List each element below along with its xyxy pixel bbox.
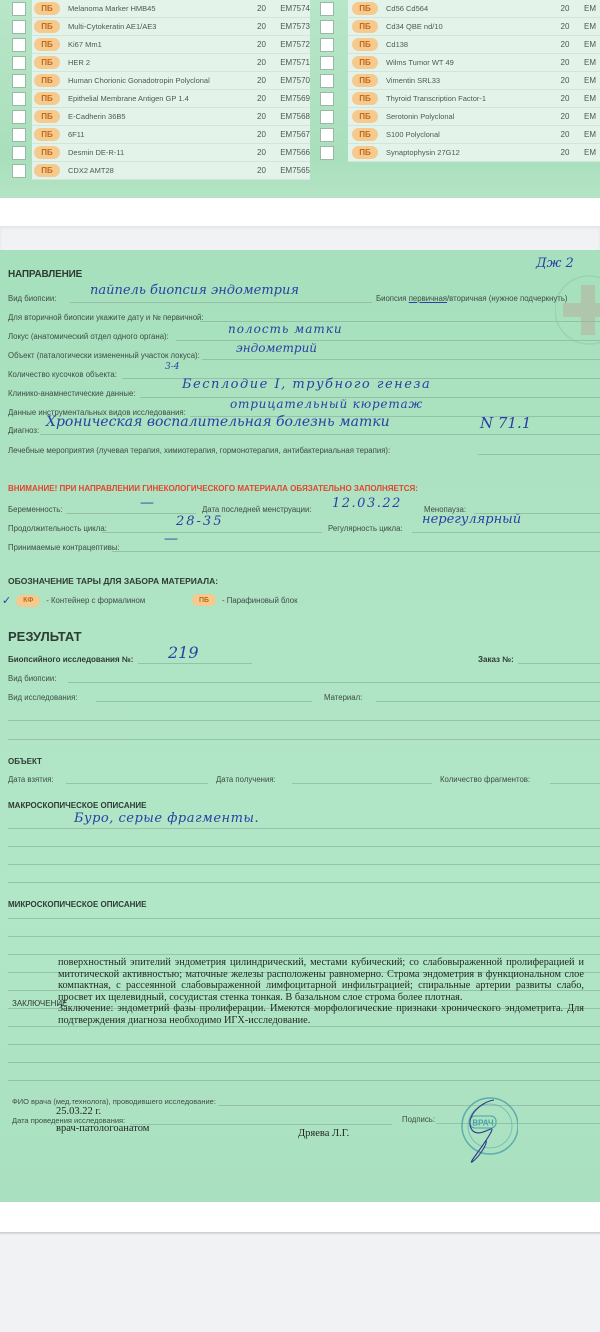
antibody-qty: 20 [550,112,580,121]
antibody-qty: 20 [550,40,580,49]
ihc-row-cells: ПБCDX2 AMT2820EM7565 [32,162,310,180]
container-paraffin: ПБ - Парафиновый блок [192,594,298,606]
cycle-regularity-value[interactable]: нерегулярный [422,512,521,527]
antibody-name: Serotonin Polyclonal [386,112,550,121]
pregnancy-value[interactable]: — [140,495,154,511]
pieces-value[interactable]: 3-4 [165,362,180,372]
paraffin-label: - Парафиновый блок [222,596,298,605]
ihc-checkbox[interactable] [320,92,334,106]
container-badge: ПБ [34,38,60,51]
signature-label: Подпись: [402,1115,435,1124]
ihc-checkbox[interactable] [12,128,26,142]
ihc-row-cells: ПБDesmin DE-R-1120EM7566 [32,144,310,162]
object-value[interactable]: эндометрий [236,341,317,355]
container-badge: ПБ [352,110,378,123]
antibody-code: EM7565 [280,166,310,175]
antibody-qty: 20 [247,130,276,139]
svg-text:ВРАЧ: ВРАЧ [472,1119,494,1128]
primary-underlined: первичная [409,294,447,303]
checkmark-icon: ✓ [2,594,11,607]
conclusion-paragraph: Заключение: эндометрий фазы пролиферации… [58,1003,584,1026]
ihc-row-cells: ПБCd13820EM [348,36,600,54]
antibody-name: Human Chorionic Gonadotropin Polyclonal [68,76,247,85]
antibody-code: EM7566 [280,148,310,157]
gynecology-warning: ВНИМАНИЕ! ПРИ НАПРАВЛЕНИИ ГИНЕКОЛОГИЧЕСК… [8,484,418,493]
antibody-name: Ki67 Mm1 [68,40,247,49]
antibody-code: EM7573 [280,22,310,31]
ihc-table-row: ПБMulti-Cytokeratin AE1/AE320EM7573 [0,18,312,36]
ihc-table-row: ПБCDX2 AMT2820EM7565 [0,162,312,180]
page-separator [0,198,600,226]
antibody-name: Thyroid Transcription Factor-1 [386,94,550,103]
ihc-checkbox[interactable] [12,92,26,106]
pregnancy-label: Беременность: [8,505,62,514]
ihc-row-cells: ПБSerotonin Polyclonal20EM [348,108,600,126]
contraceptives-label: Принимаемые контрацептивы: [8,543,120,552]
container-badge: ПБ [352,92,378,105]
antibody-qty: 20 [247,76,276,85]
ihc-row-cells: ПБVimentin SRL3320EM [348,72,600,90]
container-badge: ПБ [34,128,60,141]
medical-cross-watermark [555,275,600,345]
antibody-qty: 20 [550,4,580,13]
ihc-checkbox[interactable] [12,110,26,124]
macro-description-value[interactable]: Буро, серые фрагменты. [74,811,259,826]
diagnosis-label: Диагноз: [8,426,39,435]
object-section-title: ОБЪЕКТ [8,757,42,766]
antibody-name: Vimentin SRL33 [386,76,550,85]
container-badge: ПБ [34,110,60,123]
formalin-label: - Контейнер с формалином [46,596,145,605]
locus-label: Локус (анатомический отдел одного органа… [8,332,169,341]
antibody-code: EM [584,40,596,49]
antibody-name: HER 2 [68,58,247,67]
ihc-table-row: ПБDesmin DE-R-1120EM7566 [0,144,312,162]
container-badge: ПБ [34,92,60,105]
clinical-data-label: Клинико-анамнестические данные: [8,389,136,398]
container-badge: ПБ [352,74,378,87]
ihc-checkbox[interactable] [12,164,26,178]
antibody-name: E-Cadherin 36B5 [68,112,247,121]
last-menses-label: Дата последней менструации: [202,505,312,514]
formalin-badge: КФ [16,595,40,607]
antibody-code: EM7572 [280,40,310,49]
page-shadow [0,1232,600,1235]
paraffin-badge: ПБ [192,594,216,606]
ihc-checkbox[interactable] [320,146,334,160]
ihc-row-cells: ПБCd56 Cd56420EM [348,0,600,18]
ihc-table-row: ПБCd34 QBE nd/1020EM [310,18,600,36]
antibody-code: EM [584,22,596,31]
cycle-length-label: Продолжительность цикла: [8,524,107,533]
antibody-code: EM7569 [280,94,310,103]
last-menses-value[interactable]: 12.03.22 [332,496,402,511]
doctor-label: ФИО врача (мед.технолога), проводившего … [12,1097,216,1106]
object-label: Объект (паталогически измененный участок… [8,351,200,360]
antibody-name: CDX2 AMT28 [68,166,247,175]
ihc-table-right-column: ПБCd56 Cd56420EMПБCd34 QBE nd/1020EMПБCd… [310,0,600,162]
antibody-name: Cd138 [386,40,550,49]
container-badge: ПБ [352,128,378,141]
ihc-checkbox[interactable] [320,74,334,88]
ihc-checkbox[interactable] [12,2,26,16]
ihc-row-cells: ПБMulti-Cytokeratin AE1/AE320EM7573 [32,18,310,36]
ihc-row-cells: ПБMelanoma Marker HMB4520EM7574 [32,0,310,18]
container-badge: ПБ [352,56,378,69]
material-label: Материал: [324,693,362,702]
ihc-table-row: ПБCd13820EM [310,36,600,54]
referral-section-title: НАПРАВЛЕНИЕ [8,269,82,280]
ihc-table-row: ПБMelanoma Marker HMB4520EM7574 [0,0,312,18]
diagnosis-code[interactable]: N 71.1 [480,414,531,432]
antibody-code: EM7570 [280,76,310,85]
ihc-row-cells: ПБS100 Polyclonal20EM [348,126,600,144]
ihc-checkbox[interactable] [320,2,334,16]
container-badge: ПБ [34,56,60,69]
biopsy-type-value[interactable]: пайпель биопсия эндометрия [90,283,299,298]
antibody-name: Cd56 Cd564 [386,4,550,13]
result-section-title: РЕЗУЛЬТАТ [8,629,82,644]
antibody-name: Synaptophysin 27G12 [386,148,550,157]
biopsy-type-label: Вид биопсии: [8,294,56,303]
container-badge: ПБ [34,74,60,87]
order-number-label: Заказ №: [478,655,514,664]
instrumental-data-value[interactable]: отрицательный кюретаж [230,397,423,411]
container-badge: ПБ [352,146,378,159]
ihc-table-row: ПБEpithelial Membrane Antigen GP 1.420EM… [0,90,312,108]
antibody-qty: 20 [550,58,580,67]
ihc-table-row: ПБThyroid Transcription Factor-120EM [310,90,600,108]
ihc-table-row: ПБS100 Polyclonal20EM [310,126,600,144]
secondary-biopsy-label: Для вторичной биопсии укажите дату и № п… [8,313,204,322]
ihc-checkbox[interactable] [12,20,26,34]
ihc-checkbox[interactable] [320,38,334,52]
antibody-code: EM7568 [280,112,310,121]
antibody-qty: 20 [247,166,276,175]
antibody-name: Desmin DE-R-11 [68,148,247,157]
container-badge: ПБ [34,20,60,33]
corner-handwritten-note: Дж 2 [536,256,574,271]
container-formalin: ✓ КФ - Контейнер с формалином [2,594,145,607]
ihc-checkbox[interactable] [12,146,26,160]
antibody-qty: 20 [550,76,580,85]
antibody-name: 6F11 [68,130,247,139]
ihc-row-cells: ПБE-Cadherin 36B520EM7568 [32,108,310,126]
doctor-stamp-signature: ВРАЧ [450,1088,518,1168]
pieces-label: Количество кусочков объекта: [8,370,117,379]
antibody-name: Wilms Tumor WT 49 [386,58,550,67]
ihc-table-row: ПБE-Cadherin 36B520EM7568 [0,108,312,126]
diagnosis-value[interactable]: Хроническая воспалительная болезнь матки [46,414,390,430]
antibody-name: S100 Polyclonal [386,130,550,139]
cycle-regularity-label: Регулярность цикла: [328,524,403,533]
ihc-checkbox[interactable] [12,56,26,70]
antibody-name: Multi-Cytokeratin AE1/AE3 [68,22,247,31]
antibody-code: EM7574 [280,4,310,13]
ihc-row-cells: ПБThyroid Transcription Factor-120EM [348,90,600,108]
ihc-table-left-column: ПБMelanoma Marker HMB4520EM7574ПБMulti-C… [0,0,312,180]
microscopic-description-text: поверхностный эпителий эндометрия цилинд… [58,957,584,1027]
macro-section-title: МАКРОСКОПИЧЕСКОЕ ОПИСАНИЕ [8,801,147,810]
page-bottom-margin [0,1202,600,1232]
study-number-value[interactable]: 219 [168,643,199,662]
antibody-qty: 20 [550,148,580,157]
container-badge: ПБ [34,164,60,177]
study-type-label: Вид исследования: [8,693,77,702]
ihc-table-row: ПБWilms Tumor WT 4920EM [310,54,600,72]
ihc-row-cells: ПБCd34 QBE nd/1020EM [348,18,600,36]
ihc-table-row: ПБVimentin SRL3320EM [310,72,600,90]
antibody-name: Epithelial Membrane Antigen GP 1.4 [68,94,247,103]
ihc-order-page: ПБMelanoma Marker HMB4520EM7574ПБMulti-C… [0,0,600,198]
micro-section-title: МИКРОСКОПИЧЕСКОЕ ОПИСАНИЕ [8,900,146,909]
ihc-row-cells: ПБSynaptophysin 27G1220EM [348,144,600,162]
container-badge: ПБ [352,2,378,15]
ihc-row-cells: ПБKi67 Mm120EM7572 [32,36,310,54]
antibody-qty: 20 [550,22,580,31]
microscopic-description-paragraph: поверхностный эпителий эндометрия цилинд… [58,957,584,1003]
ihc-checkbox[interactable] [320,128,334,142]
antibody-qty: 20 [247,58,276,67]
antibody-qty: 20 [247,4,276,13]
doctor-name: Дряева Л.Г. [298,1128,349,1139]
ihc-checkbox[interactable] [320,110,334,124]
ihc-checkbox[interactable] [12,74,26,88]
ihc-checkbox[interactable] [12,38,26,52]
antibody-code: EM7567 [280,130,310,139]
ihc-table-row: ПБCd56 Cd56420EM [310,0,600,18]
clinical-data-value[interactable]: Бесплодие I, трубного генеза [182,377,431,392]
ihc-checkbox[interactable] [320,56,334,70]
primary-secondary-field: Биопсия первичная/вторичная (нужное подч… [376,294,568,303]
ihc-row-cells: ПБWilms Tumor WT 4920EM [348,54,600,72]
ihc-row-cells: ПБ6F1120EM7567 [32,126,310,144]
result-biopsy-type-label: Вид биопсии: [8,674,56,683]
antibody-qty: 20 [247,94,276,103]
antibody-qty: 20 [247,112,276,121]
containers-title: ОБОЗНАЧЕНИЕ ТАРЫ ДЛЯ ЗАБОРА МАТЕРИАЛА: [8,576,218,586]
ihc-table-row: ПБSynaptophysin 27G1220EM [310,144,600,162]
antibody-name: Melanoma Marker HMB45 [68,4,247,13]
ihc-row-cells: ПБEpithelial Membrane Antigen GP 1.420EM… [32,90,310,108]
antibody-code: EM [584,130,596,139]
antibody-qty: 20 [247,148,276,157]
container-badge: ПБ [34,2,60,15]
date-received-label: Дата получения: [216,775,276,784]
container-badge: ПБ [352,38,378,51]
fragments-count-label: Количество фрагментов: [440,775,530,784]
doctor-position: врач-патологоанатом [56,1123,149,1134]
antibody-qty: 20 [247,40,276,49]
locus-value[interactable]: полость матки [228,322,343,336]
antibody-qty: 20 [550,130,580,139]
antibody-code: EM [584,58,596,67]
antibody-code: EM [584,148,596,157]
antibody-qty: 20 [550,94,580,103]
contraceptives-value[interactable]: — [164,531,178,547]
antibody-code: EM [584,76,596,85]
ihc-table-row: ПБHER 220EM7571 [0,54,312,72]
date-taken-label: Дата взятия: [8,775,54,784]
antibody-name: Cd34 QBE nd/10 [386,22,550,31]
treatment-label: Лечебные мероприятия (лучевая терапия, х… [8,446,390,455]
page-gap [0,226,600,250]
antibody-code: EM [584,112,596,121]
ihc-table-row: ПБHuman Chorionic Gonadotropin Polyclona… [0,72,312,90]
cycle-length-value[interactable]: 28-35 [176,514,223,529]
ihc-row-cells: ПБHER 220EM7571 [32,54,310,72]
antibody-code: EM [584,94,596,103]
ihc-row-cells: ПБHuman Chorionic Gonadotropin Polyclona… [32,72,310,90]
ihc-table-row: ПБ6F1120EM7567 [0,126,312,144]
antibody-code: EM7571 [280,58,310,67]
ihc-table-row: ПБSerotonin Polyclonal20EM [310,108,600,126]
ihc-table-row: ПБKi67 Mm120EM7572 [0,36,312,54]
antibody-qty: 20 [247,22,276,31]
study-number-label: Биопсийного исследования №: [8,655,133,664]
container-badge: ПБ [352,20,378,33]
antibody-code: EM [584,4,596,13]
container-badge: ПБ [34,146,60,159]
ihc-checkbox[interactable] [320,20,334,34]
